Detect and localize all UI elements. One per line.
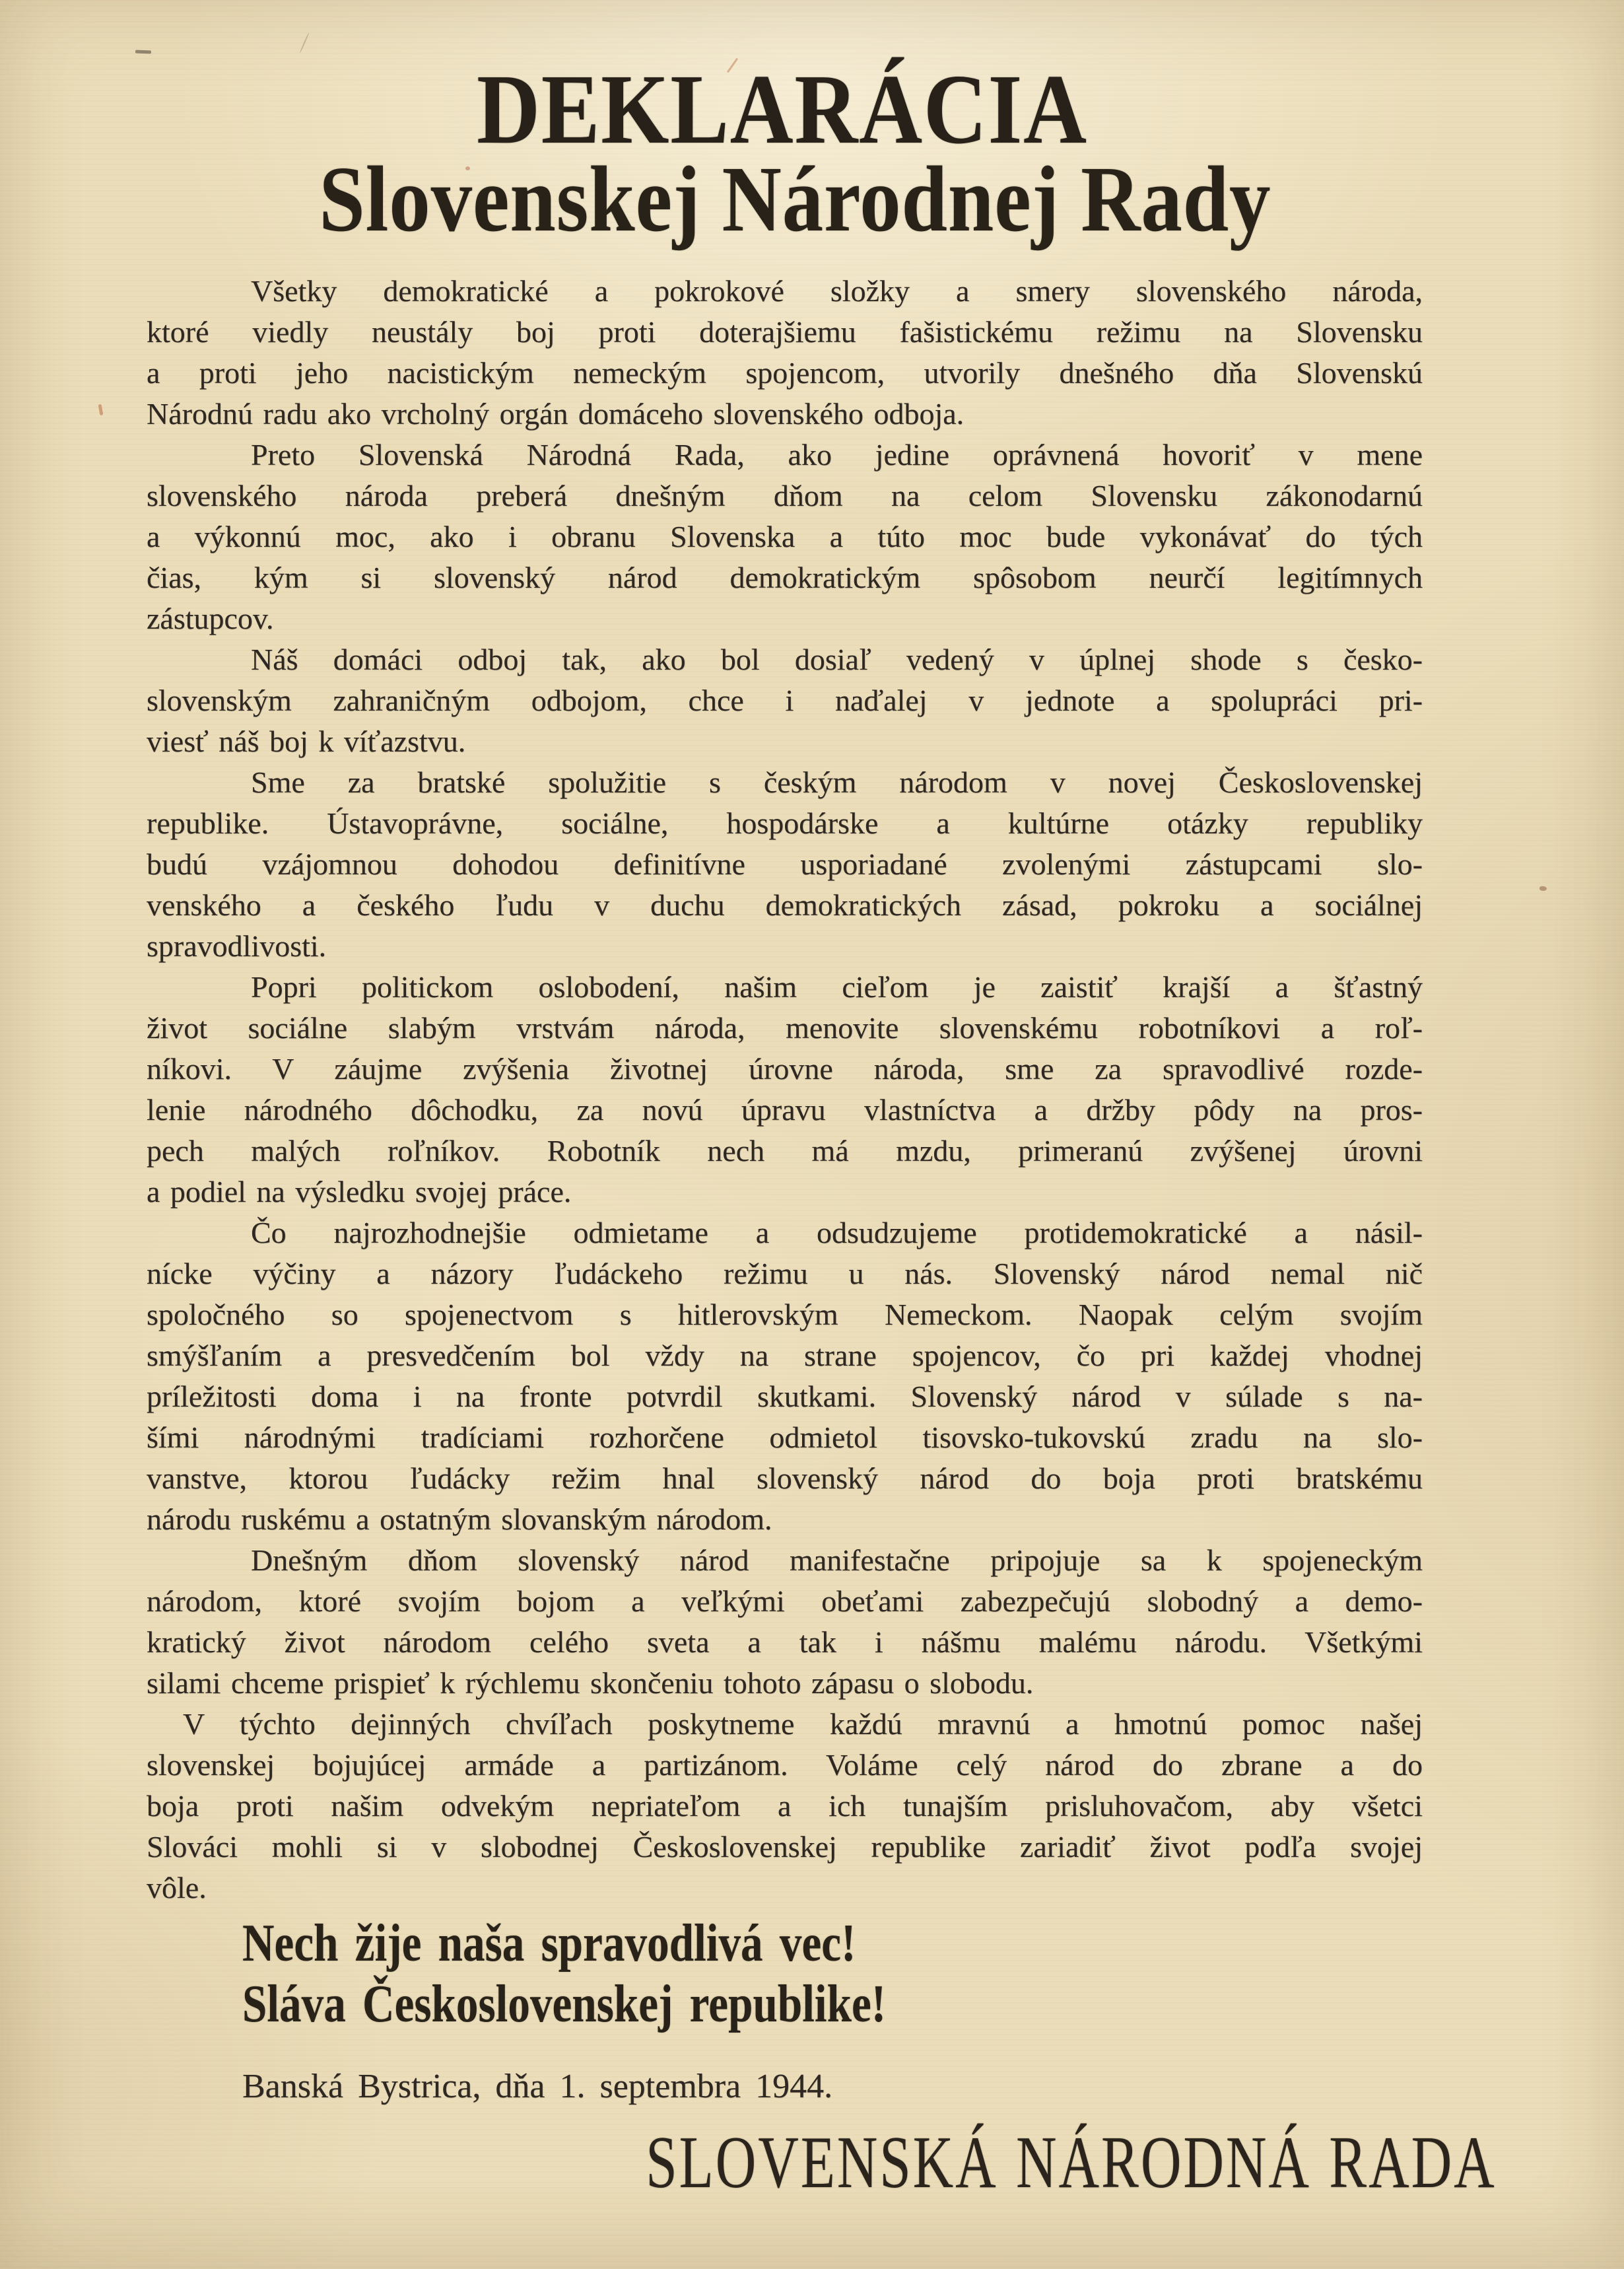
text-line: Náš domáci odboj tak, ako bol dosiaľ ved… [147,639,1423,680]
slogan-text-1: Nech žije naša spravodlivá vec! [242,1913,856,1974]
document-title-text: DEKLARÁCIA [477,59,1088,159]
document-page: DEKLARÁCIA Slovenskej Národnej Rady Všet… [0,0,1624,2269]
text-line: slovenskej bojujúcej armáde a partizánom… [147,1745,1423,1786]
text-line: pech malých roľníkov. Robotník nech má m… [147,1131,1423,1171]
slogan-line: Sláva Československej republike! [242,1974,1423,2035]
signature: SLOVENSKÁ NÁRODNÁ RADA [147,2123,1423,2202]
text-line: smýšľaním a presvedčením bol vždy na str… [147,1335,1423,1376]
text-line: život sociálne slabým vrstvám národa, me… [147,1008,1423,1049]
text-line: kratický život národom celého sveta a ta… [147,1622,1423,1663]
text-line: Sme za bratské spolužitie s českým národ… [147,762,1423,803]
text-line: spravodlivosti. [147,926,1423,967]
text-line: nícke výčiny a názory ľudáckeho režimu u… [147,1253,1423,1294]
text-line: vanstve, ktorou ľudácky režim hnal slove… [147,1458,1423,1499]
paragraph: V týchto dejinných chvíľach poskytneme k… [147,1704,1423,1908]
text-line: a podiel na výsledku svojej práce. [147,1171,1423,1212]
text-line: Popri politickom oslobodení, našim cieľo… [147,967,1423,1008]
slogan-text-2: Sláva Československej republike! [242,1974,886,2035]
text-line: V týchto dejinných chvíľach poskytneme k… [147,1704,1423,1745]
text-line: boja proti našim odvekým nepriateľom a i… [147,1786,1423,1827]
text-line: viesť náš boj k víťazstvu. [147,721,1423,762]
paragraph: Popri politickom oslobodení, našim cieľo… [147,967,1423,1212]
paragraph: Čo najrozhodnejšie odmietame a odsudzuje… [147,1212,1423,1540]
slogans-block: Nech žije naša spravodlivá vec! Sláva Če… [147,1913,1423,2035]
text-line: silami chceme prispieť k rýchlemu skonče… [147,1663,1423,1704]
text-line: Dnešným dňom slovenský národ manifestačn… [147,1540,1423,1581]
text-line: spoločného so spojenectvom s hitlerovský… [147,1294,1423,1335]
dateline: Banská Bystrica, dňa 1. septembra 1944. [147,2066,1423,2107]
text-line: vôle. [147,1868,1423,1908]
paragraph: Náš domáci odboj tak, ako bol dosiaľ ved… [147,639,1423,762]
text-line: národom, ktoré svojím bojom a veľkými ob… [147,1581,1423,1622]
text-line: Preto Slovenská Národná Rada, ako jedine… [147,435,1423,475]
text-line: šími národnými tradíciami rozhorčene odm… [147,1417,1423,1458]
text-line: venského a českého ľudu v duchu demokrat… [147,885,1423,926]
text-line: Slováci mohli si v slobodnej Českosloven… [147,1827,1423,1868]
text-line: Národnú radu ako vrcholný orgán domáceho… [147,394,1423,435]
slogan-line: Nech žije naša spravodlivá vec! [242,1913,1423,1974]
paragraphs-container: Všetky demokratické a pokrokové složky a… [147,271,1423,1908]
document-title: DEKLARÁCIA [0,59,1594,159]
paper-speck [1539,886,1547,891]
text-line: republike. Ústavoprávne, sociálne, hospo… [147,803,1423,844]
text-line: národu ruskému a ostatným slovanským nár… [147,1499,1423,1540]
text-line: níkovi. V záujme zvýšenia životnej úrovn… [147,1049,1423,1090]
paragraph: Dnešným dňom slovenský národ manifestačn… [147,1540,1423,1704]
text-line: slovenského národa preberá dnešným dňom … [147,475,1423,516]
document-subtitle: Slovenskej Národnej Rady [0,152,1607,246]
text-line: slovenským zahraničným odbojom, chce i n… [147,680,1423,721]
document-body: Všetky demokratické a pokrokové složky a… [147,271,1423,2202]
signature-text: SLOVENSKÁ NÁRODNÁ RADA [646,2123,1496,2202]
paragraph: Sme za bratské spolužitie s českým národ… [147,762,1423,967]
paper-speck [98,404,104,416]
text-line: a proti jeho nacistickým nemeckým spojen… [147,353,1423,394]
text-line: zástupcov. [147,598,1423,639]
paper-speck [135,50,151,54]
paragraph: Preto Slovenská Národná Rada, ako jedine… [147,435,1423,639]
text-line: Všetky demokratické a pokrokové složky a… [147,271,1423,312]
document-subtitle-text: Slovenskej Národnej Rady [319,152,1271,246]
text-line: Čo najrozhodnejšie odmietame a odsudzuje… [147,1212,1423,1253]
text-line: budú vzájomnou dohodou definitívne uspor… [147,844,1423,885]
text-line: príležitosti doma i na fronte potvrdil s… [147,1376,1423,1417]
paper-speck [299,32,310,53]
paragraph: Všetky demokratické a pokrokové složky a… [147,271,1423,435]
text-line: čias, kým si slovenský národ demokratick… [147,557,1423,598]
text-line: ktoré viedly neustály boj proti doterajš… [147,312,1423,353]
text-line: lenie národného dôchodku, za novú úpravu… [147,1090,1423,1131]
text-line: a výkonnú moc, ako i obranu Slovenska a … [147,516,1423,557]
